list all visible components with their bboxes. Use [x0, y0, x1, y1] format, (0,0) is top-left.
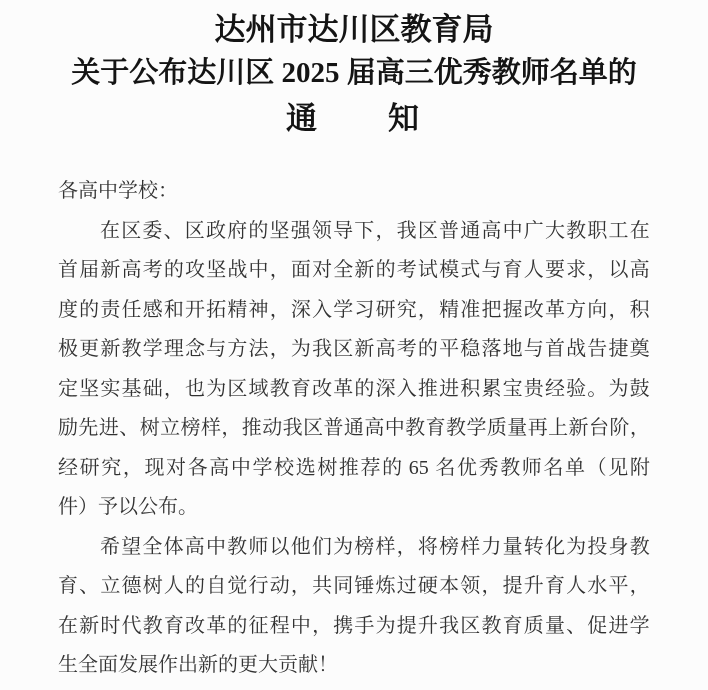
document-body: 各高中学校： 在区委、区政府的坚强领导下，我区普通高中广大教职工在 首届新高考的…: [58, 172, 650, 686]
paragraph1-line-1: 在区委、区政府的坚强领导下，我区普通高中广大教职工在: [58, 212, 650, 252]
paragraph2-line-3: 在新时代教育改革的征程中，携手为提升我区教育质量、促进学: [58, 607, 650, 647]
salutation: 各高中学校：: [58, 172, 650, 212]
paragraph1-line-7: 经研究，现对各高中学校选树推荐的 65 名优秀教师名单（见附: [58, 449, 650, 489]
paragraph1-line-2: 首届新高考的攻坚战中，面对全新的考试模式与育人要求，以高: [58, 251, 650, 291]
paragraph1-line-4: 极更新教学理念与方法，为我区新高考的平稳落地与首战告捷奠: [58, 330, 650, 370]
issuer-title: 达州市达川区教育局: [0, 10, 708, 50]
document-page: 达州市达川区教育局 关于公布达川区 2025 届高三优秀教师名单的 通 知 各高…: [0, 0, 708, 690]
paragraph2-line-4: 生全面发展作出新的更大贡献！: [58, 646, 650, 686]
paragraph2-line-2: 育、立德树人的自觉行动，共同锤炼过硬本领，提升育人水平，: [58, 567, 650, 607]
paragraph2-line-1: 希望全体高中教师以他们为榜样，将榜样力量转化为投身教: [58, 528, 650, 568]
paragraph1-line-3: 度的责任感和开拓精神，深入学习研究，精准把握改革方向，积: [58, 291, 650, 331]
paragraph1-line-6: 励先进、树立榜样，推动我区普通高中教育教学质量再上新台阶，: [58, 409, 650, 449]
notice-subject-title: 关于公布达川区 2025 届高三优秀教师名单的: [0, 50, 708, 96]
paragraph1-line-5: 定坚实基础，也为区域教育改革的深入推进积累宝贵经验。为鼓: [58, 370, 650, 410]
notice-label: 通 知: [0, 96, 708, 142]
document-header: 达州市达川区教育局 关于公布达川区 2025 届高三优秀教师名单的 通 知: [0, 0, 708, 142]
paragraph1-line-8: 件）予以公布。: [58, 488, 650, 528]
